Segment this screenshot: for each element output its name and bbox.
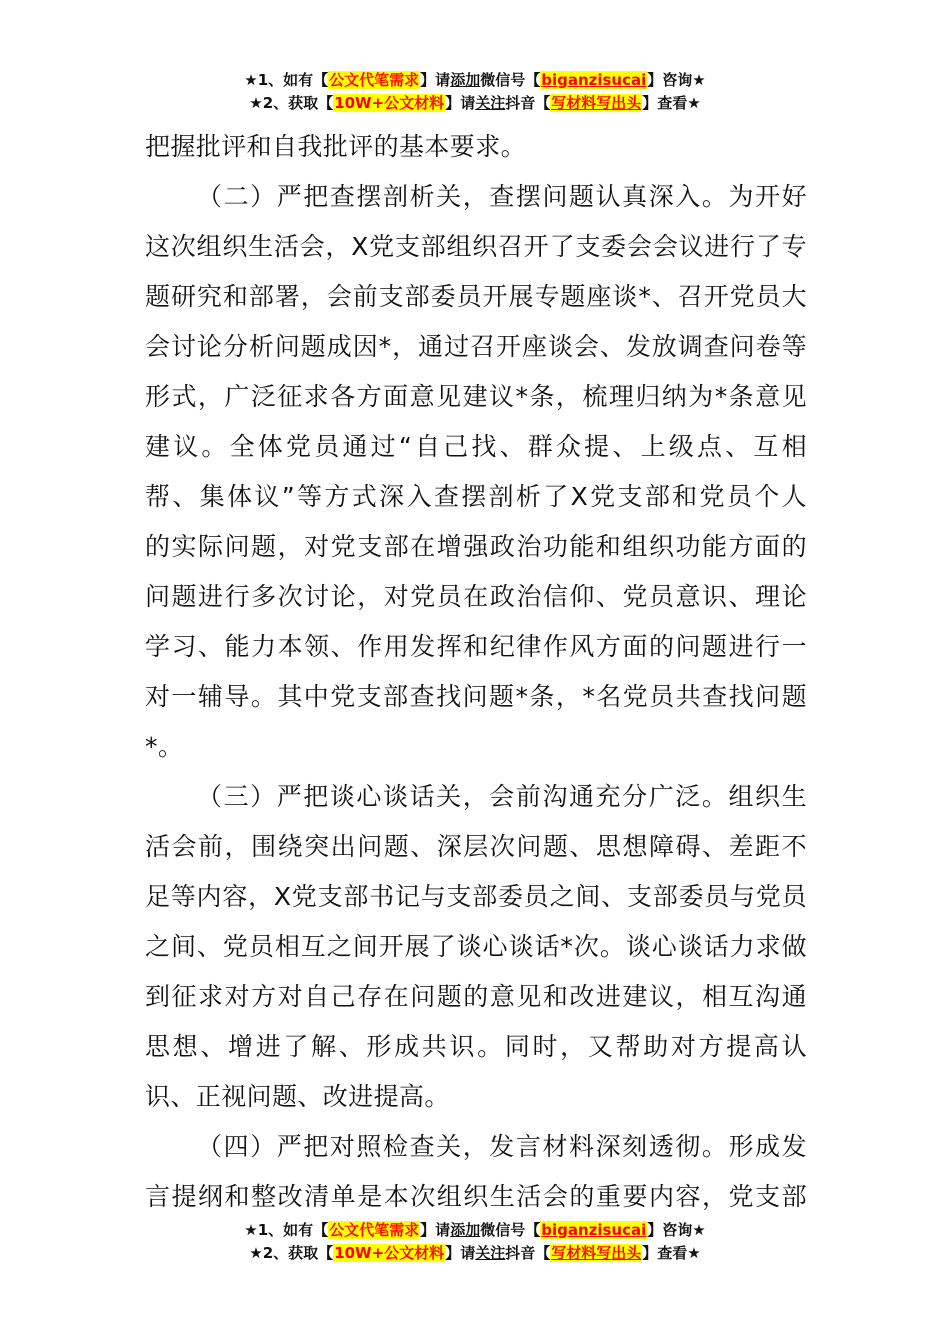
footer-banner: ★1、如有【公文代笔需求】请添加微信号【biganzisucai】咨询★ ★2、… bbox=[0, 1219, 950, 1265]
banner-text: 】查看★ bbox=[642, 94, 700, 112]
text-line: 建议。全体党员通过“自己找、群众提、上级点、互相 bbox=[145, 422, 807, 472]
text-line: 之间、党员相互之间开展了谈心谈话*次。谈心谈话力求做 bbox=[145, 922, 807, 972]
banner-text: 】咨询★ bbox=[647, 71, 705, 89]
banner-text: 】查看★ bbox=[642, 1244, 700, 1262]
banner-text: 微信号【 bbox=[480, 1221, 540, 1239]
text-line: 对一辅导。其中党支部查找问题*条，*名党员共查找问题 bbox=[145, 672, 807, 722]
banner-text: 抖音【 bbox=[505, 1244, 550, 1262]
banner-text: ★2、获取【 bbox=[249, 94, 333, 112]
banner-line-2: ★2、获取【10W+公文材料】请关注抖音【写材料写出头】查看★ bbox=[0, 1242, 950, 1265]
text-line: 足等内容，X党支部书记与支部委员之间、支部委员与党员 bbox=[145, 872, 807, 922]
text-line: 会讨论分析问题成因*，通过召开座谈会、发放调查问卷等 bbox=[145, 322, 807, 372]
banner-line-1: ★1、如有【公文代笔需求】请添加微信号【biganzisucai】咨询★ bbox=[0, 69, 950, 92]
highlight-service: 公文代笔需求 bbox=[328, 71, 420, 89]
wechat-id-link[interactable]: biganzisucai bbox=[540, 71, 647, 89]
highlight-materials: 10W+公文材料 bbox=[333, 1244, 445, 1262]
banner-text: 】请 bbox=[420, 1221, 450, 1239]
banner-text: 】请 bbox=[445, 94, 475, 112]
text-line: （三）严把谈心谈话关，会前沟通充分广泛。组织生 bbox=[145, 772, 807, 822]
text-line: 题研究和部署，会前支部委员开展专题座谈*、召开党员大 bbox=[145, 272, 807, 322]
underlined-add: 添加 bbox=[450, 1221, 480, 1239]
paragraph-section-2: （二）严把查摆剖析关，查摆问题认真深入。为开好 这次组织生活会，X党支部组织召开… bbox=[145, 172, 807, 772]
paragraph-section-3: （三）严把谈心谈话关，会前沟通充分广泛。组织生 活会前，围绕突出问题、深层次问题… bbox=[145, 772, 807, 1122]
text-line: 活会前，围绕突出问题、深层次问题、思想障碍、差距不 bbox=[145, 822, 807, 872]
banner-text: ★1、如有【 bbox=[244, 71, 328, 89]
text-line: 思想、增进了解、形成共识。同时，又帮助对方提高认 bbox=[145, 1022, 807, 1072]
text-line: 识、正视问题、改进提高。 bbox=[145, 1072, 807, 1122]
banner-text: ★1、如有【 bbox=[244, 1221, 328, 1239]
text-line: （四）严把对照检查关，发言材料深刻透彻。形成发 bbox=[145, 1122, 807, 1172]
text-line: 到征求对方对自己存在问题的意见和改进建议，相互沟通 bbox=[145, 972, 807, 1022]
banner-text: 抖音【 bbox=[505, 94, 550, 112]
douyin-account-link[interactable]: 写材料写出头 bbox=[550, 94, 642, 112]
underlined-follow: 关注 bbox=[475, 94, 505, 112]
header-banner: ★1、如有【公文代笔需求】请添加微信号【biganzisucai】咨询★ ★2、… bbox=[0, 69, 950, 115]
text-line: 形式，广泛征求各方面意见建议*条，梳理归纳为*条意见 bbox=[145, 372, 807, 422]
highlight-service: 公文代笔需求 bbox=[328, 1221, 420, 1239]
text-line: 这次组织生活会，X党支部组织召开了支委会会议进行了专 bbox=[145, 222, 807, 272]
wechat-id-link[interactable]: biganzisucai bbox=[540, 1221, 647, 1239]
underlined-add: 添加 bbox=[450, 71, 480, 89]
text-line: 帮、集体议”等方式深入查摆剖析了X党支部和党员个人 bbox=[145, 472, 807, 522]
banner-text: ★2、获取【 bbox=[249, 1244, 333, 1262]
underlined-follow: 关注 bbox=[475, 1244, 505, 1262]
text-line: （二）严把查摆剖析关，查摆问题认真深入。为开好 bbox=[145, 172, 807, 222]
text-line: 问题进行多次讨论，对党员在政治信仰、党员意识、理论 bbox=[145, 572, 807, 622]
banner-text: 】请 bbox=[420, 71, 450, 89]
text-line: 言提纲和整改清单是本次组织生活会的重要内容，党支部 bbox=[145, 1172, 807, 1222]
banner-line-2: ★2、获取【10W+公文材料】请关注抖音【写材料写出头】查看★ bbox=[0, 92, 950, 115]
douyin-account-link[interactable]: 写材料写出头 bbox=[550, 1244, 642, 1262]
banner-line-1: ★1、如有【公文代笔需求】请添加微信号【biganzisucai】咨询★ bbox=[0, 1219, 950, 1242]
banner-text: 】请 bbox=[445, 1244, 475, 1262]
document-body: 把握批评和自我批评的基本要求。 （二）严把查摆剖析关，查摆问题认真深入。为开好 … bbox=[145, 122, 807, 1222]
banner-text: 】咨询★ bbox=[647, 1221, 705, 1239]
banner-text: 微信号【 bbox=[480, 71, 540, 89]
highlight-materials: 10W+公文材料 bbox=[333, 94, 445, 112]
paragraph-continuation: 把握批评和自我批评的基本要求。 bbox=[145, 122, 807, 172]
text-line: 把握批评和自我批评的基本要求。 bbox=[145, 122, 807, 172]
text-line: 的实际问题，对党支部在增强政治功能和组织功能方面的 bbox=[145, 522, 807, 572]
paragraph-section-4: （四）严把对照检查关，发言材料深刻透彻。形成发 言提纲和整改清单是本次组织生活会… bbox=[145, 1122, 807, 1222]
text-line: 学习、能力本领、作用发挥和纪律作风方面的问题进行一 bbox=[145, 622, 807, 672]
text-line: *。 bbox=[145, 722, 807, 772]
